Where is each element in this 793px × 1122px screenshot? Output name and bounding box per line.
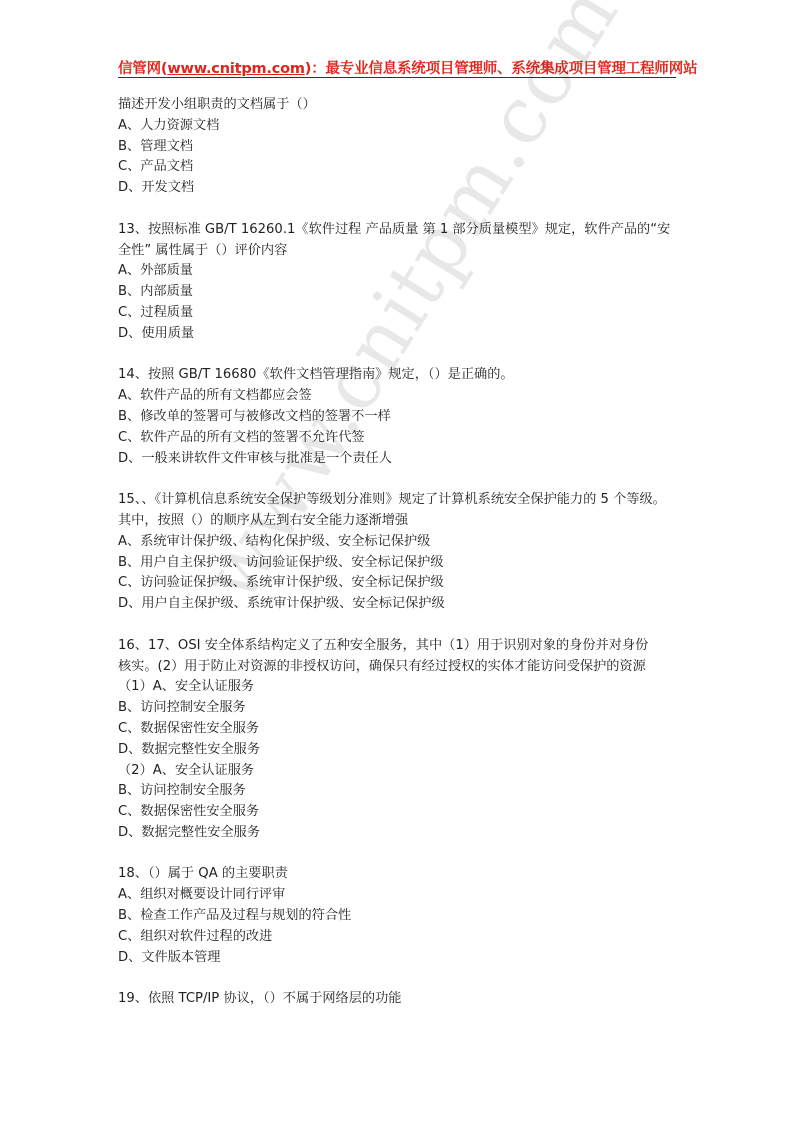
option-b: B、修改单的签署可与被修改文档的签署不一样 bbox=[118, 407, 678, 428]
option-d: D、文件版本管理 bbox=[118, 948, 678, 969]
option-b: B、用户自主保护级、访问验证保护级、安全标记保护级 bbox=[118, 553, 678, 574]
option-2c: C、数据保密性安全服务 bbox=[118, 802, 678, 823]
question-stem: 13、按照标准 GB/T 16260.1《软件过程 产品质量 第 1 部分质量模… bbox=[118, 220, 678, 241]
option-1c: C、数据保密性安全服务 bbox=[118, 719, 678, 740]
option-a: A、组织对概要设计同行评审 bbox=[118, 885, 678, 906]
option-a: A、人力资源文档 bbox=[118, 116, 678, 137]
header-prefix: 信管网( bbox=[118, 61, 167, 77]
option-a: A、系统审计保护级、结构化保护级、安全标记保护级 bbox=[118, 532, 678, 553]
option-d: D、用户自主保护级、系统审计保护级、安全标记保护级 bbox=[118, 594, 678, 615]
option-2d: D、数据完整性安全服务 bbox=[118, 823, 678, 844]
option-b: B、内部质量 bbox=[118, 282, 678, 303]
question-19: 19、依照 TCP/IP 协议，（）不属于网络层的功能 bbox=[118, 989, 678, 1010]
option-a: A、外部质量 bbox=[118, 261, 678, 282]
question-stem: 18、（）属于 QA 的主要职责 bbox=[118, 864, 678, 885]
question-15: 15、、《计算机信息系统安全保护等级划分准则》规定了计算机系统安全保护能力的 5… bbox=[118, 490, 678, 615]
header-suffix: )：最专业信息系统项目管理师、系统集成项目管理工程师网站 bbox=[305, 61, 698, 77]
question-stem: 15、、《计算机信息系统安全保护等级划分准则》规定了计算机系统安全保护能力的 5… bbox=[118, 490, 678, 511]
question-12: 描述开发小组职责的文档属于（） A、人力资源文档 B、管理文档 C、产品文档 D… bbox=[118, 95, 678, 199]
question-stem: 描述开发小组职责的文档属于（） bbox=[118, 95, 678, 116]
option-d: D、开发文档 bbox=[118, 178, 678, 199]
question-stem-cont: 核实。(2）用于防止对资源的非授权访问，确保只有经过授权的实体才能访问受保护的资… bbox=[118, 657, 678, 678]
option-c: C、产品文档 bbox=[118, 157, 678, 178]
header-divider bbox=[118, 77, 676, 78]
document-body: 描述开发小组职责的文档属于（） A、人力资源文档 B、管理文档 C、产品文档 D… bbox=[118, 95, 678, 1031]
site-header: 信管网(www.cnitpm.com)：最专业信息系统项目管理师、系统集成项目管… bbox=[118, 57, 676, 78]
option-b: B、检查工作产品及过程与规划的符合性 bbox=[118, 906, 678, 927]
option-d: D、一般来讲软件文件审核与批准是一个责任人 bbox=[118, 449, 678, 470]
question-14: 14、按照 GB/T 16680《软件文档管理指南》规定，（）是正确的。 A、软… bbox=[118, 365, 678, 469]
option-c: C、组织对软件过程的改进 bbox=[118, 927, 678, 948]
question-stem: 19、依照 TCP/IP 协议，（）不属于网络层的功能 bbox=[118, 989, 678, 1010]
option-1b: B、访问控制安全服务 bbox=[118, 698, 678, 719]
question-stem-cont: 其中，按照（）的顺序从左到右安全能力逐渐增强 bbox=[118, 511, 678, 532]
option-1d: D、数据完整性安全服务 bbox=[118, 740, 678, 761]
question-13: 13、按照标准 GB/T 16260.1《软件过程 产品质量 第 1 部分质量模… bbox=[118, 220, 678, 345]
option-1a: （1）A、安全认证服务 bbox=[118, 677, 678, 698]
option-2b: B、访问控制安全服务 bbox=[118, 781, 678, 802]
option-a: A、软件产品的所有文档都应会签 bbox=[118, 386, 678, 407]
question-stem-cont: 全性” 属性属于（）评价内容 bbox=[118, 241, 678, 262]
option-2a: （2）A、安全认证服务 bbox=[118, 761, 678, 782]
option-b: B、管理文档 bbox=[118, 137, 678, 158]
question-stem: 14、按照 GB/T 16680《软件文档管理指南》规定，（）是正确的。 bbox=[118, 365, 678, 386]
question-16-17: 16、17、OSI 安全体系结构定义了五种安全服务，其中（1）用于识别对象的身份… bbox=[118, 636, 678, 844]
question-18: 18、（）属于 QA 的主要职责 A、组织对概要设计同行评审 B、检查工作产品及… bbox=[118, 864, 678, 968]
option-c: C、访问验证保护级、系统审计保护级、安全标记保护级 bbox=[118, 573, 678, 594]
option-d: D、使用质量 bbox=[118, 324, 678, 345]
option-c: C、软件产品的所有文档的签署不允许代签 bbox=[118, 428, 678, 449]
site-link[interactable]: www.cnitpm.com bbox=[167, 61, 304, 77]
option-c: C、过程质量 bbox=[118, 303, 678, 324]
question-stem: 16、17、OSI 安全体系结构定义了五种安全服务，其中（1）用于识别对象的身份… bbox=[118, 636, 678, 657]
